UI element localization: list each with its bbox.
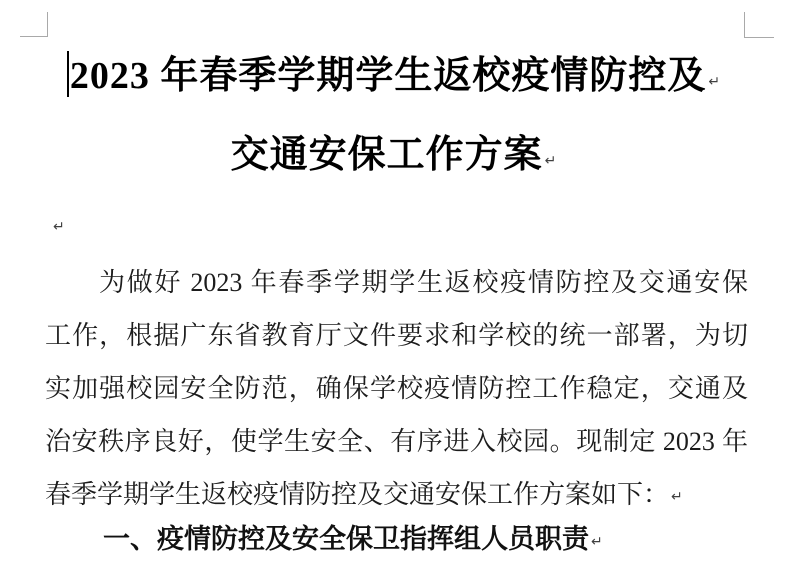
body-line-5-text: 春季学期学生返校疫情防控及交通安保工作方案如下： [45, 480, 669, 509]
paragraph-mark-icon: ↵ [708, 74, 720, 90]
body-paragraph[interactable]: 为做好 2023 年春季学期学生返校疫情防控及交通安保 工作，根据广东省教育厅文… [45, 256, 748, 521]
title-line-2[interactable]: 交通安保工作方案↵ [0, 119, 787, 198]
body-line-2[interactable]: 工作，根据广东省教育厅文件要求和学校的统一部署，为切 [45, 309, 748, 362]
body-line-1-text: 为做好 2023 年春季学期学生返校疫情防控及交通安保 [99, 268, 748, 297]
document-page: 2023 年春季学期学生返校疫情防控及↵ 交通安保工作方案↵ ↵ 为做好 202… [0, 0, 787, 563]
body-line-4-text: 治安秩序良好，使学生安全、有序进入校园。现制定 2023 年 [45, 427, 748, 456]
paragraph-mark-icon: ↵ [671, 489, 683, 505]
paragraph-mark-icon: ↵ [545, 153, 557, 169]
title-line-2-text: 交通安保工作方案 [231, 134, 543, 176]
text-cursor [67, 51, 69, 97]
section-heading[interactable]: 一、疫情防控及安全保卫指挥组人员职责↵ [45, 518, 765, 563]
paragraph-mark-icon: ↵ [53, 219, 65, 235]
title-line-1-text: 2023 年春季学期学生返校疫情防控及 [70, 55, 707, 97]
margin-mark-top-left-icon [20, 12, 48, 37]
body-line-3[interactable]: 实加强校园安全防范，确保学校疫情防控工作稳定，交通及 [45, 362, 748, 415]
paragraph-mark-icon: ↵ [591, 534, 603, 550]
body-line-3-text: 实加强校园安全防范，确保学校疫情防控工作稳定，交通及 [45, 374, 748, 403]
margin-mark-top-right-icon [744, 12, 774, 38]
document-title: 2023 年春季学期学生返校疫情防控及↵ 交通安保工作方案↵ [0, 40, 787, 198]
body-line-1[interactable]: 为做好 2023 年春季学期学生返校疫情防控及交通安保 [45, 256, 748, 309]
title-line-1[interactable]: 2023 年春季学期学生返校疫情防控及↵ [0, 40, 787, 119]
body-line-4[interactable]: 治安秩序良好，使学生安全、有序进入校园。现制定 2023 年 [45, 415, 748, 468]
section-heading-text: 一、疫情防控及安全保卫指挥组人员职责 [103, 524, 589, 554]
body-line-5[interactable]: 春季学期学生返校疫情防控及交通安保工作方案如下：↵ [45, 468, 748, 521]
empty-paragraph[interactable]: ↵ [51, 216, 65, 240]
body-line-2-text: 工作，根据广东省教育厅文件要求和学校的统一部署，为切 [45, 321, 748, 350]
